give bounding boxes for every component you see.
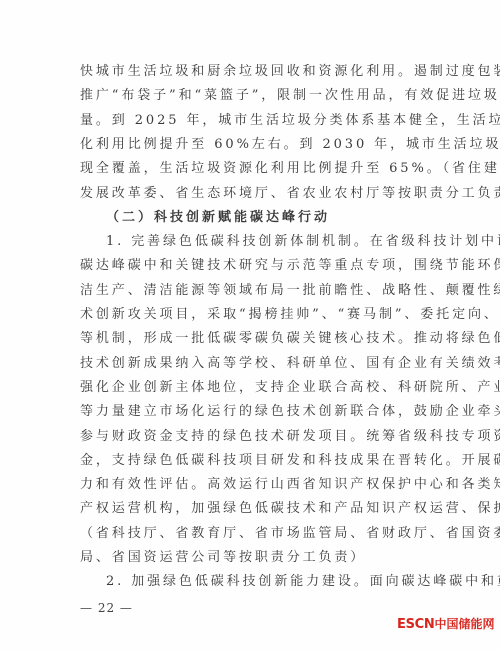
watermark-logo: ESCN中国储能网 (397, 615, 494, 632)
paragraph-line: 碳达峰碳中和关键技术研究与示范等重点专项，围绕节能环保、清 (80, 258, 426, 274)
paragraph-line: 术创新攻关项目，采取“揭榜挂帅”、“赛马制”、委托定向、并行支持 (80, 307, 426, 323)
paragraph-line: 推广“布袋子”和“菜篮子”，限制一次性用品，有效促进垃圾源头减 (80, 88, 426, 104)
document-page: 快城市生活垃圾和厨余垃圾回收和资源化利用。遏制过度包装，推广“布袋子”和“菜篮子… (0, 0, 500, 650)
paragraph-line: 化利用比例提升至 60%左右。到 2030 年，城市生活垃圾分类实 (80, 137, 426, 153)
paragraph-line: 强化企业创新主体地位，支持企业联合高校、科研院所、产业园区 (80, 380, 426, 396)
paragraph-line: 量。到 2025 年，城市生活垃圾分类体系基本健全，生活垃圾资源 (80, 113, 426, 129)
paragraph-line: 产权运营机构，加强绿色低碳技术和产品知识产权运营、保护。 (80, 501, 426, 517)
section-heading: （二）科技创新赋能碳达峰行动 (106, 210, 426, 226)
paragraph-line: 快城市生活垃圾和厨余垃圾回收和资源化利用。遏制过度包装， (80, 64, 426, 80)
watermark-chinese: 中国储能网 (434, 617, 494, 631)
paragraph-line: 发展改革委、省生态环境厅、省农业农村厅等按职责分工负责） (80, 186, 426, 202)
paragraph-line: 技术创新成果纳入高等学校、科研单位、国有企业有关绩效考核。 (80, 356, 426, 372)
paragraph-line: 等力量建立市场化运行的绿色技术创新联合体，鼓励企业牵头或 (80, 404, 426, 420)
paragraph-line: 参与财政资金支持的绿色技术研发项目。统筹省级科技专项资 (80, 429, 426, 445)
paragraph-line: 金，支持绿色低碳科技项目研发和科技成果在晋转化。开展碳潜 (80, 453, 426, 469)
watermark-latin: ESCN (397, 617, 434, 632)
paragraph-line: 2. 加强绿色低碳科技创新能力建设。面向碳达峰碳中和重大 (106, 574, 426, 590)
paragraph-line: （省科技厅、省教育厅、省市场监管局、省财政厅、省国资委、省气象 (80, 526, 426, 542)
paragraph-line: 1. 完善绿色低碳科技创新体制机制。在省级科技计划中设立 (106, 234, 426, 250)
page-number: — 22 — (80, 601, 133, 615)
paragraph-line: 等机制，形成一批低碳零碳负碳关键核心技术。推动将绿色低碳 (80, 331, 426, 347)
paragraph-line: 局、省国资运营公司等按职责分工负责） (80, 550, 426, 566)
paragraph-line: 洁生产、清洁能源等领域布局一批前瞻性、战略性、颠覆性绿色技 (80, 283, 426, 299)
paragraph-line: 力和有效性评估。高效运行山西省知识产权保护中心和各类知识 (80, 477, 426, 493)
paragraph-line: 现全覆盖，生活垃圾资源化利用比例提升至 65%。（省住建厅、省 (80, 161, 426, 177)
